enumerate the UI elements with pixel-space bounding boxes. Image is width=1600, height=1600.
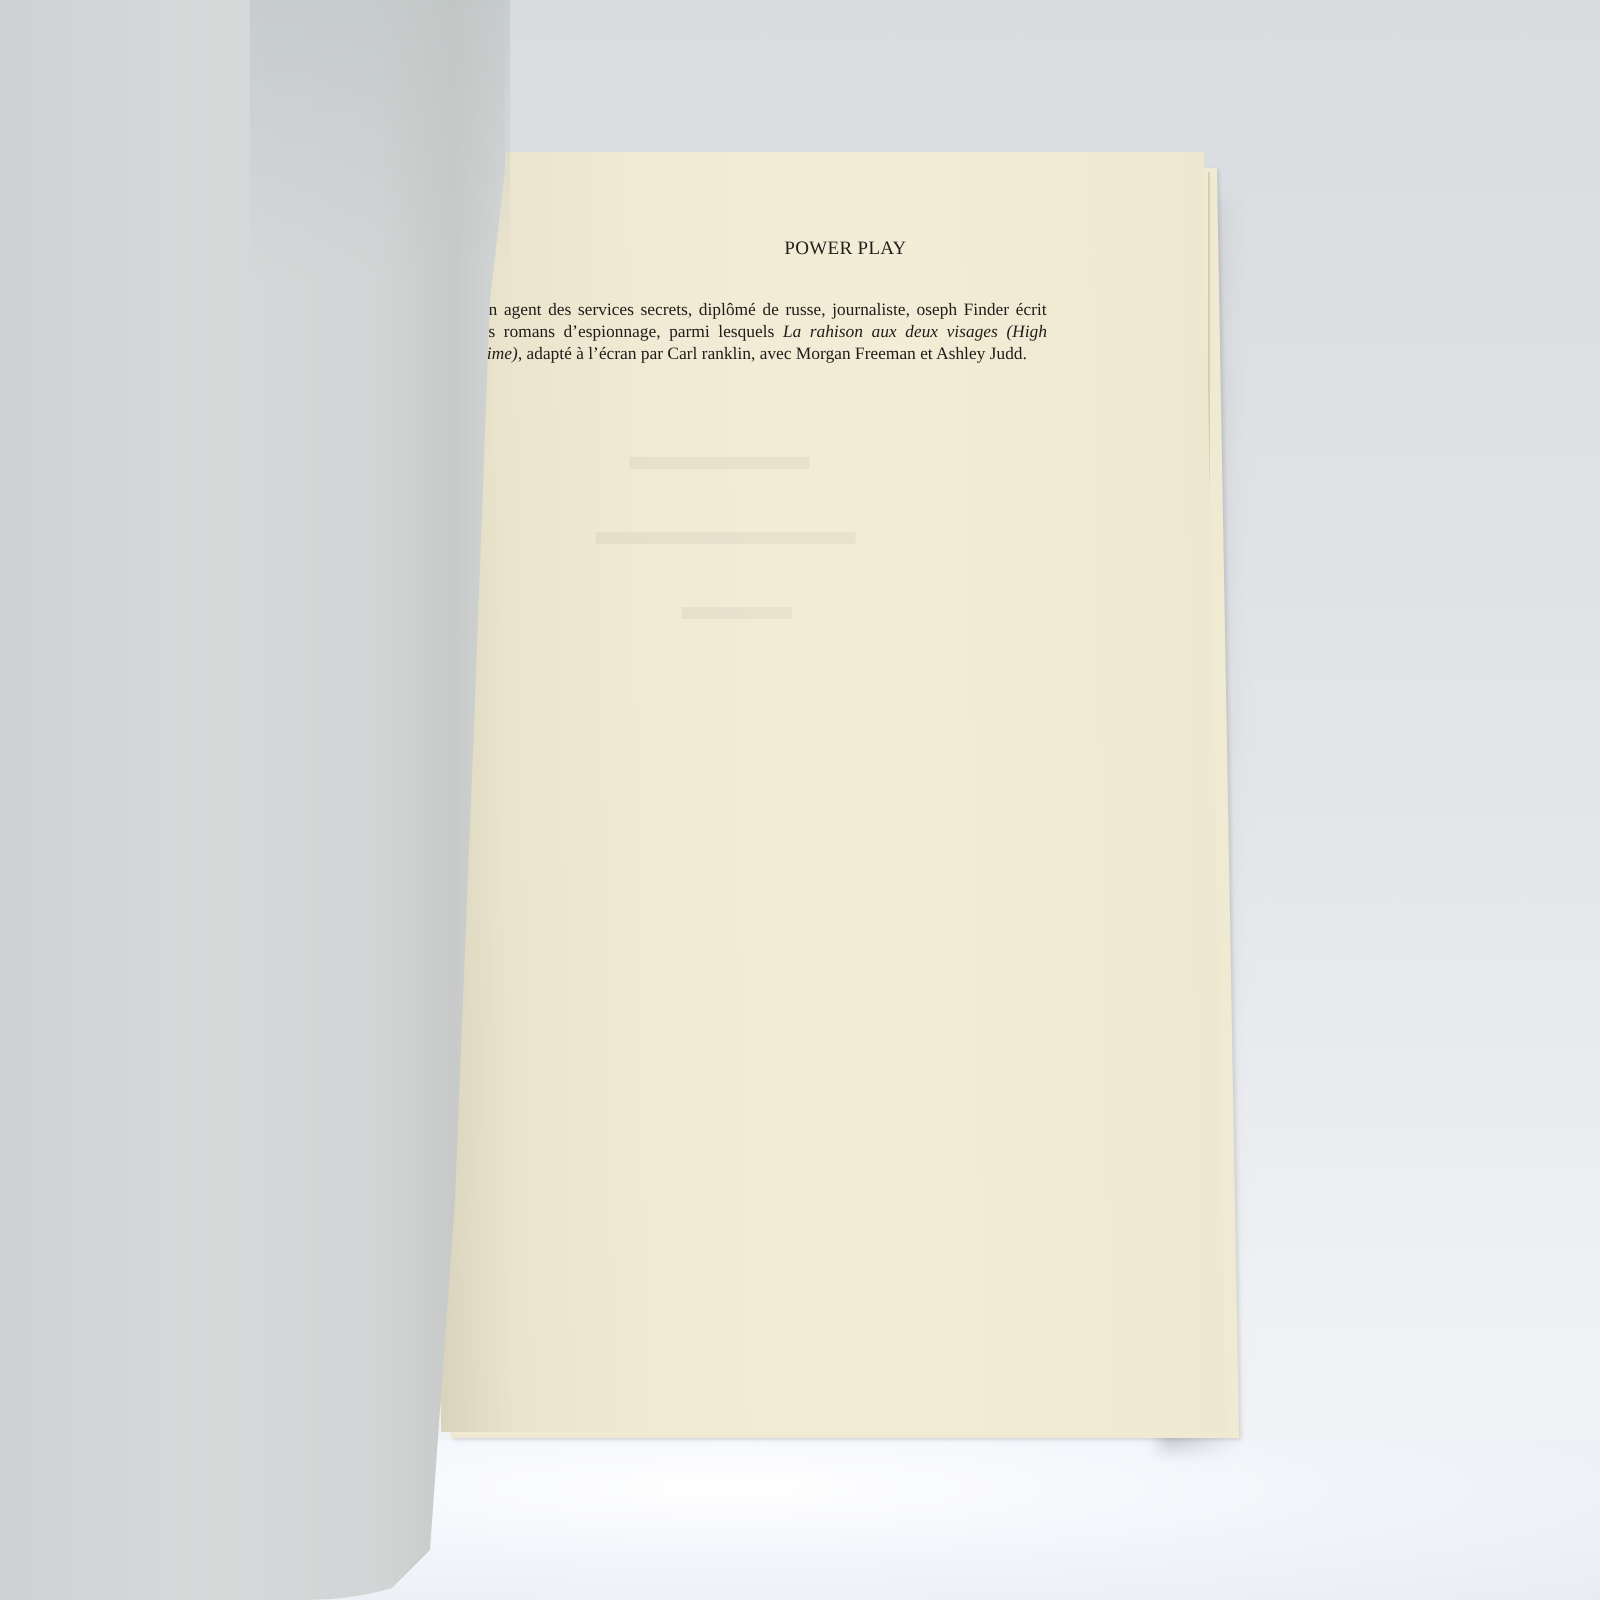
book-page: POWER PLAY ncien agent des services secr… (419, 152, 1226, 1432)
book-title: POWER PLAY (695, 238, 995, 260)
bleed-through-text (629, 457, 809, 469)
bio-text-2: , adapté à l’écran par Carl ranklin, ave… (518, 343, 1027, 363)
cover-glare (250, 0, 510, 280)
author-bio: ncien agent des services secrets, diplôm… (471, 298, 1047, 364)
bleed-through-text (595, 532, 855, 544)
bleed-through-text (682, 607, 792, 619)
